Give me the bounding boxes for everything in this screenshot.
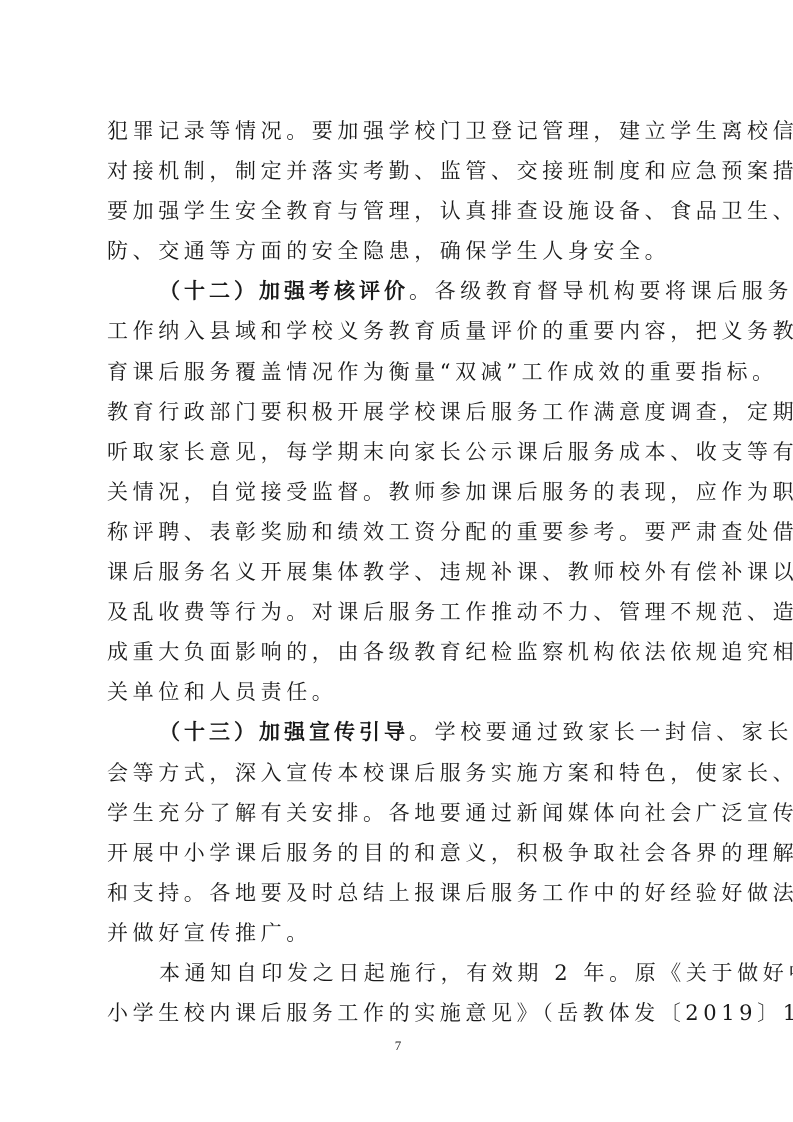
- text-line: 关情况，自觉接受监督。教师参加课后服务的表现，应作为职: [107, 472, 689, 512]
- text-line: 防、交通等方面的安全隐患，确保学生人身安全。: [107, 231, 689, 271]
- text-fragment: 。各级教育督导机构要将课后服务: [409, 279, 793, 303]
- text-line: 称评聘、表彰奖励和绩效工资分配的重要参考。要严肃查处借: [107, 512, 689, 552]
- text-line: 并做好宣传推广。: [107, 913, 689, 953]
- text-line: 小学生校内课后服务工作的实施意见》（岳教体发〔2019〕11: [107, 993, 689, 1033]
- text-line: 教育行政部门要积极开展学校课后服务工作满意度调查，定期: [107, 392, 689, 432]
- text-line: 对接机制，制定并落实考勤、监管、交接班制度和应急预案措施。: [107, 151, 689, 191]
- section-heading-12: （十二）加强考核评价: [159, 279, 409, 303]
- text-line: 开展中小学课后服务的目的和意义，积极争取社会各界的理解: [107, 833, 689, 873]
- paragraph-section-13: （十三）加强宣传引导。学校要通过致家长一封信、家长 会等方式，深入宣传本校课后服…: [107, 712, 689, 953]
- text-line-first: （十二）加强考核评价。各级教育督导机构要将课后服务: [107, 271, 689, 311]
- text-line: 会等方式，深入宣传本校课后服务实施方案和特色，使家长、: [107, 753, 689, 793]
- text-line: 工作纳入县域和学校义务教育质量评价的重要内容，把义务教: [107, 311, 689, 351]
- section-heading-13: （十三）加强宣传引导: [159, 720, 409, 744]
- text-line: 听取家长意见，每学期末向家长公示课后服务成本、收支等有: [107, 432, 689, 472]
- document-page: 犯罪记录等情况。要加强学校门卫登记管理，建立学生离校信息 对接机制，制定并落实考…: [0, 0, 793, 1122]
- text-line: 关单位和人员责任。: [107, 672, 689, 712]
- page-number: 7: [392, 1038, 404, 1054]
- text-line: 犯罪记录等情况。要加强学校门卫登记管理，建立学生离校信息: [107, 111, 689, 151]
- text-line-first: 本通知自印发之日起施行，有效期 2 年。原《关于做好中: [107, 953, 689, 993]
- text-line: 及乱收费等行为。对课后服务工作推动不力、管理不规范、造: [107, 592, 689, 632]
- text-line: 和支持。各地要及时总结上报课后服务工作中的好经验好做法，: [107, 873, 689, 913]
- paragraph-section-12: （十二）加强考核评价。各级教育督导机构要将课后服务 工作纳入县域和学校义务教育质…: [107, 271, 689, 712]
- paragraph-safety-continuation: 犯罪记录等情况。要加强学校门卫登记管理，建立学生离校信息 对接机制，制定并落实考…: [107, 111, 689, 271]
- text-line: 要加强学生安全教育与管理，认真排查设施设备、食品卫生、消: [107, 191, 689, 231]
- text-line: 课后服务名义开展集体教学、违规补课、教师校外有偿补课以: [107, 552, 689, 592]
- text-line: 成重大负面影响的，由各级教育纪检监察机构依法依规追究相: [107, 632, 689, 672]
- text-line: 育课后服务覆盖情况作为衡量“双减”工作成效的重要指标。: [107, 352, 689, 392]
- text-line-first: （十三）加强宣传引导。学校要通过致家长一封信、家长: [107, 712, 689, 752]
- text-line: 学生充分了解有关安排。各地要通过新闻媒体向社会广泛宣传: [107, 793, 689, 833]
- document-body: 犯罪记录等情况。要加强学校门卫登记管理，建立学生离校信息 对接机制，制定并落实考…: [107, 111, 689, 1033]
- text-fragment: 。学校要通过致家长一封信、家长: [409, 720, 793, 744]
- paragraph-effective-date: 本通知自印发之日起施行，有效期 2 年。原《关于做好中 小学生校内课后服务工作的…: [107, 953, 689, 1033]
